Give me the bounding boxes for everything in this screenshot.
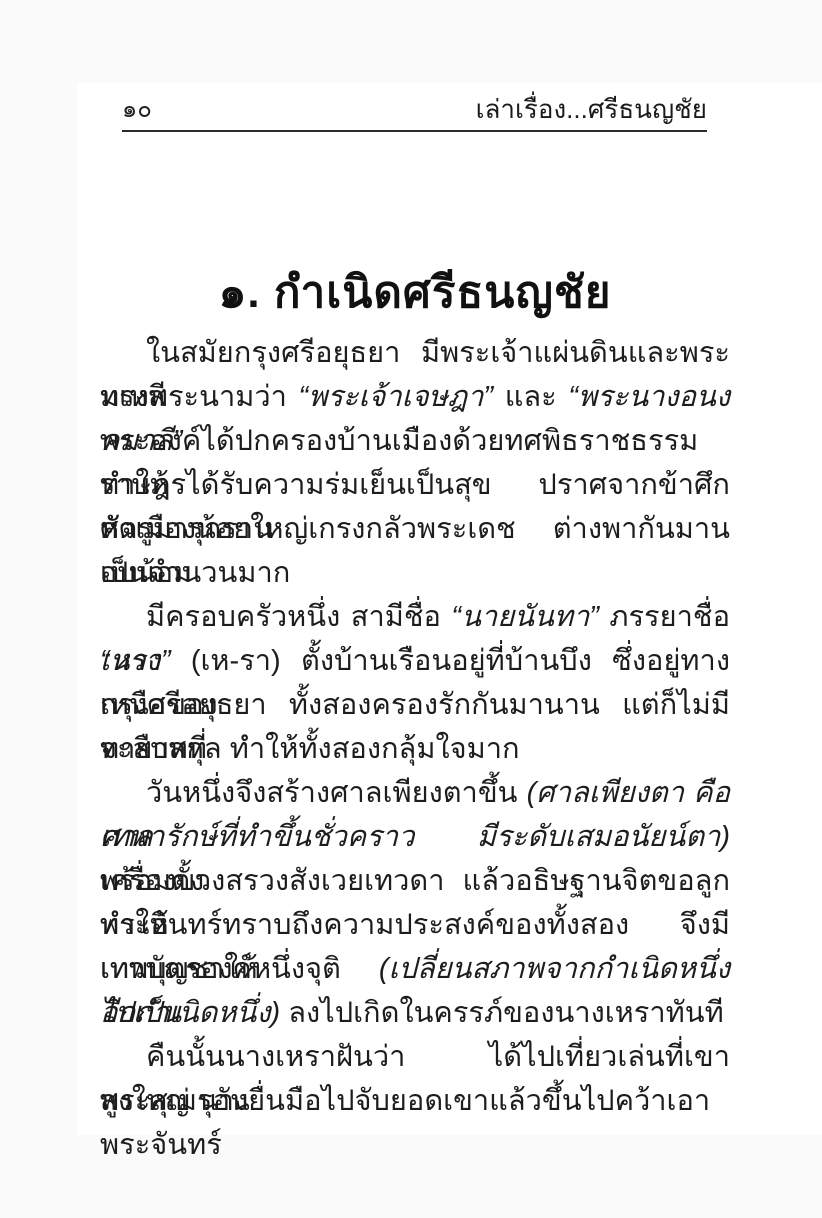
text-line: สูงใหญ่ นางยื่นมือไปจับยอดเขาแล้วขึ้นไปค… bbox=[100, 1079, 730, 1123]
text-line: เป็นจำนวนมาก bbox=[100, 551, 730, 595]
header-divider bbox=[122, 130, 707, 132]
text-line: ในสมัยกรุงศรีอยุธยา มีพระเจ้าแผ่นดินและพ… bbox=[100, 331, 730, 375]
text-segment: “นายนันทา” bbox=[451, 601, 598, 633]
text-line: ทรงพระนามว่า “พระเจ้าเจษฎา” และ “พระนางอ… bbox=[100, 375, 730, 419]
text-segment: สูงใหญ่ นางยื่นมือไปจับยอดเขาแล้วขึ้นไปค… bbox=[100, 1085, 710, 1161]
running-title: เล่าเรื่อง...ศรีธนญชัย bbox=[476, 92, 707, 126]
page-number: ๑๐ bbox=[122, 94, 152, 126]
text-segment: เป็นจำนวนมาก bbox=[100, 557, 290, 589]
text-segment: ภรรยาชื่อ bbox=[599, 601, 730, 633]
text-segment: และ bbox=[493, 381, 568, 413]
text-segment: มีครอบครัวหนึ่ง สามีชื่อ bbox=[146, 601, 451, 633]
text-segment: เทพารักษ์ที่ทำขึ้นชั่วคราว มีระดับเสมอนั… bbox=[100, 821, 730, 853]
text-segment: ทรงพระนามว่า bbox=[100, 381, 299, 413]
page-header: ๑๐ เล่าเรื่อง...ศรีธนญชัย bbox=[122, 92, 707, 126]
text-line: หัวเมืองน้อยใหญ่เกรงกลัวพระเดช ต่างพากัน… bbox=[100, 507, 730, 551]
scanned-book-page: { "header": { "page_number": "๑๐", "runn… bbox=[0, 0, 822, 1218]
chapter-title: ๑. กำเนิดศรีธนญชัย bbox=[100, 253, 730, 333]
text-line: เหรา” (เห-รา) ตั้งบ้านเรือนอยู่ที่บ้านบึ… bbox=[100, 639, 730, 683]
text-line: จะสืบสกุล ทำให้ทั้งสองกลุ้มใจมาก bbox=[100, 727, 730, 771]
text-line: วันหนึ่งจึงสร้างศาลเพียงตาขึ้น (ศาลเพียง… bbox=[100, 771, 730, 815]
text-line: ราษฎรได้รับความร่มเย็นเป็นสุข ปราศจากข้า… bbox=[100, 463, 730, 507]
text-line: กรุงศรีอยุธยา ทั้งสองครองรักกันมานาน แต่… bbox=[100, 683, 730, 727]
text-line: อีกกำเนิดหนึ่ง) ลงไปเกิดในครรภ์ของนางเหร… bbox=[100, 991, 730, 1035]
text-line: พระองค์ได้ปกครองบ้านเมืองด้วยทศพิธราชธรร… bbox=[100, 419, 730, 463]
body-text: ในสมัยกรุงศรีอยุธยา มีพระเจ้าแผ่นดินและพ… bbox=[100, 331, 730, 1123]
page-content: ๑๐ เล่าเรื่อง...ศรีธนญชัย ๑. กำเนิดศรีธน… bbox=[0, 0, 822, 1218]
text-segment: อีกกำเนิดหนึ่ง) bbox=[100, 997, 280, 1029]
text-line: พระอินทร์ทราบถึงความประสงค์ของทั้งสอง จึ… bbox=[100, 903, 730, 947]
text-line: มีครอบครัวหนึ่ง สามีชื่อ “นายนันทา” ภรรย… bbox=[100, 595, 730, 639]
text-segment: จะสืบสกุล ทำให้ทั้งสองกลุ้มใจมาก bbox=[100, 733, 520, 765]
text-line: เทพบุตรองค์หนึ่งจุติ (เปลี่ยนสภาพจากกำเน… bbox=[100, 947, 730, 991]
text-segment: เหรา” bbox=[100, 645, 171, 677]
text-segment: ลงไปเกิดในครรภ์ของนางเหราทันที bbox=[280, 997, 724, 1029]
text-line: เครื่องบวงสรวงสังเวยเทวดา แล้วอธิษฐานจิต… bbox=[100, 859, 730, 903]
text-segment: “พระเจ้าเจษฎา” bbox=[299, 381, 494, 413]
text-segment: วันหนึ่งจึงสร้างศาลเพียงตาขึ้น bbox=[146, 777, 527, 809]
text-segment: เทพบุตรองค์หนึ่งจุติ bbox=[100, 953, 379, 985]
text-line: คืนนั้นนางเหราฝันว่า ได้ไปเที่ยวเล่นที่เ… bbox=[100, 1035, 730, 1079]
text-line: เทพารักษ์ที่ทำขึ้นชั่วคราว มีระดับเสมอนั… bbox=[100, 815, 730, 859]
